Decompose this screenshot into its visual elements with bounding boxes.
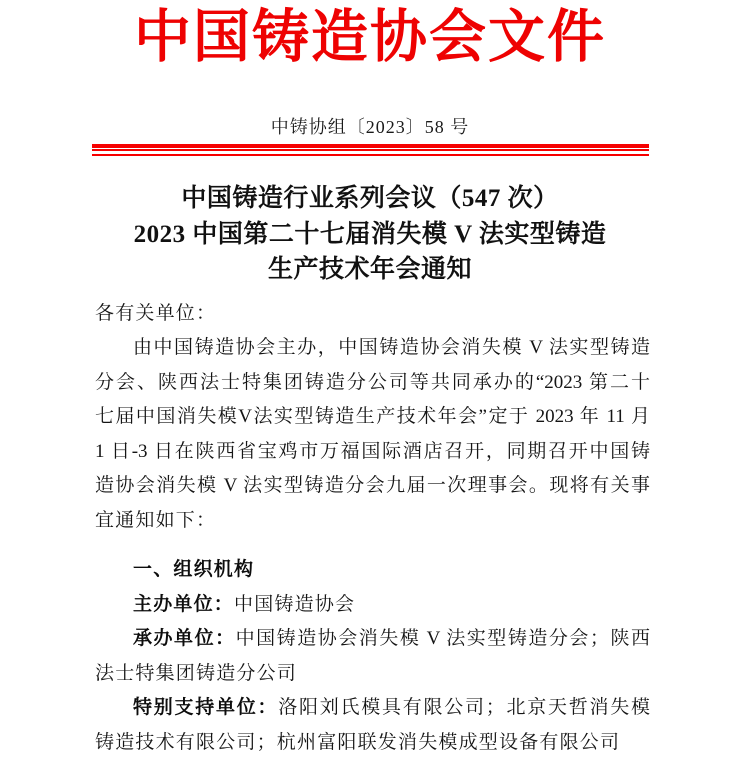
paragraph-line: 宜通知如下：	[95, 504, 650, 539]
organizer-unit-label: 承办单位：	[133, 628, 236, 649]
organizer-unit-line-continued: 法士特集团铸造分公司	[95, 657, 650, 692]
notice-title: 中国铸造行业系列会议（547 次） 2023 中国第二十七届消失模 V 法实型铸…	[0, 181, 740, 288]
letterhead-org-title: 中国铸造协会文件	[0, 6, 740, 70]
support-unit-line: 特别支持单位：洛阳刘氏模具有限公司；北京天哲消失模	[95, 691, 650, 726]
support-unit-line-continued: 铸造技术有限公司；杭州富阳联发消失模成型设备有限公司	[95, 726, 650, 760]
section-heading-text: 一、组织机构	[133, 559, 254, 580]
organizer-unit-line: 承办单位：中国铸造协会消失模 V 法实型铸造分会；陕西	[95, 622, 650, 657]
document-body: 各有关单位： 由中国铸造协会主办，中国铸造协会消失模 V 法实型铸造 分会、陕西…	[95, 297, 650, 760]
paragraph-line: 七届中国消失模V法实型铸造生产技术年会”定于 2023 年 11 月	[95, 400, 650, 435]
notice-title-line2: 2023 中国第二十七届消失模 V 法实型铸造	[0, 217, 740, 253]
host-unit-value: 中国铸造协会	[234, 594, 355, 615]
host-unit-line: 主办单位：中国铸造协会	[95, 588, 650, 623]
notice-title-line3: 生产技术年会通知	[0, 252, 740, 288]
organizer-unit-value: 中国铸造协会消失模 V 法实型铸造分会；陕西	[236, 628, 650, 649]
paragraph-line: 1 日-3 日在陕西省宝鸡市万福国际酒店召开，同期召开中国铸	[95, 435, 650, 470]
section-heading: 一、组织机构	[95, 553, 650, 588]
paragraph-line: 由中国铸造协会主办，中国铸造协会消失模 V 法实型铸造	[95, 331, 650, 366]
support-unit-value: 洛阳刘氏模具有限公司；北京天哲消失模	[278, 697, 650, 718]
host-unit-label: 主办单位：	[133, 594, 234, 615]
paragraph-line: 造协会消失模 V 法实型铸造分会九届一次理事会。现将有关事	[95, 469, 650, 504]
support-unit-label: 特别支持单位：	[133, 697, 278, 718]
document-number: 中铸协组〔2023〕58 号	[0, 117, 740, 137]
paragraph-line: 分会、陕西法士特集团铸造分公司等共同承办的“2023 第二十	[95, 366, 650, 401]
notice-title-line1: 中国铸造行业系列会议（547 次）	[0, 181, 740, 217]
document-page: 中国铸造协会文件 中铸协组〔2023〕58 号 中国铸造行业系列会议（547 次…	[0, 0, 740, 760]
salutation-line: 各有关单位：	[95, 297, 650, 332]
rule-thin-line	[92, 154, 649, 156]
red-separator-rule	[92, 144, 649, 156]
